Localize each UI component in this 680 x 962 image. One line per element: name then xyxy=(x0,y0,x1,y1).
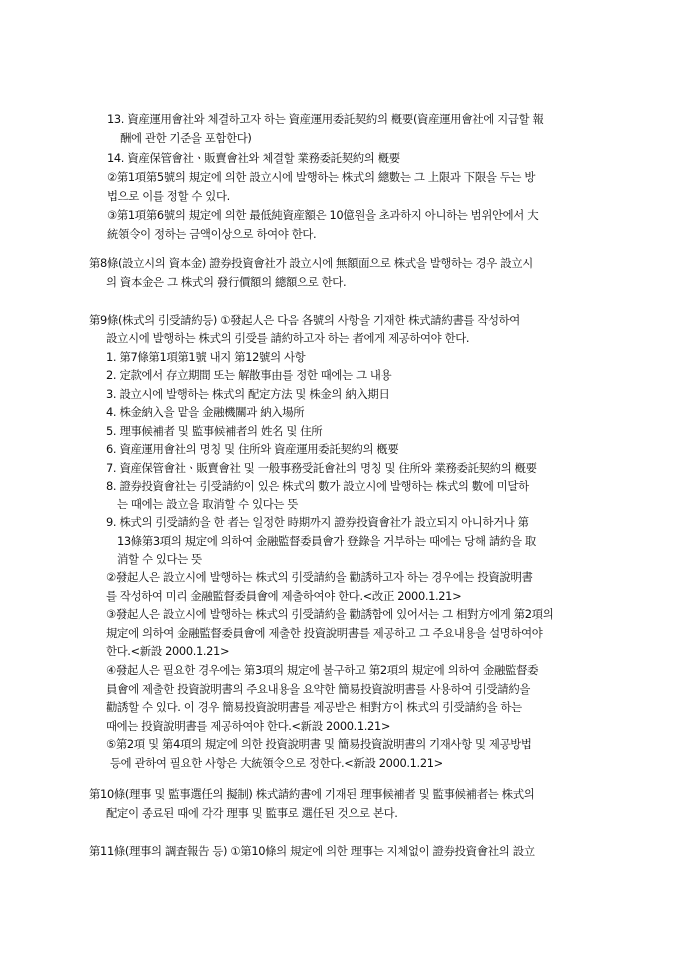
paragraph-3-line-1: ③第1項第6號의 規定에 의한 最低純資産額은 10億원을 초과하지 아니하는 … xyxy=(107,208,538,222)
article-9-item-6: 6. 資産運用會社의 명칭 및 住所와 資産運用委託契約의 槪要 xyxy=(106,442,398,456)
paragraph-2-line-1: ②第1項第5號의 規定에 의한 設立시에 발행하는 株式의 總數는 그 上限과 … xyxy=(107,170,535,184)
article-9-paragraph-4-line-1: ④發起人은 필요한 경우에는 第3項의 規定에 불구하고 第2項의 規定에 의하… xyxy=(106,663,538,677)
article-9-item-8-line-1: 8. 證券投資會社는 引受請約이 있은 株式의 數가 設立시에 발행하는 株式의… xyxy=(106,479,529,493)
article-9-item-9-line-1: 9. 株式의 引受請約을 한 者는 일정한 時期까지 證券投資會社가 設立되지 … xyxy=(106,515,529,529)
article-9-line-2: 設立시에 발행하는 株式의 引受를 請約하고자 하는 者에게 제공하여야 한다. xyxy=(106,331,469,345)
item-13-line-1: 13. 資産運用會社와 체결하고자 하는 資産運用委託契約의 槪要(資産運用會社… xyxy=(107,112,612,126)
article-9-paragraph-2-line-1: ②發起人은 設立시에 발행하는 株式의 引受請約을 勸誘하고자 하는 경우에는 … xyxy=(106,570,533,584)
article-11-heading: 第11條(理事의 調査報告 등) ①第10條의 規定에 의한 理事는 지체없이 … xyxy=(89,844,535,858)
article-8-line-2: 의 資本金은 그 株式의 發行價額의 總額으로 한다. xyxy=(106,275,346,289)
article-9-item-3: 3. 設立시에 발행하는 株式의 配定方法 및 株金의 納入期日 xyxy=(106,387,390,401)
article-9-item-5: 5. 理事候補者 및 監事候補者의 姓名 및 住所 xyxy=(106,424,322,438)
article-9-paragraph-3-line-1: ③發起人은 設立시에 발행하는 株式의 引受請約을 勸誘함에 있어서는 그 相對… xyxy=(106,607,553,621)
article-9-item-7: 7. 資産保管會社ㆍ販賣會社 및 一般事務受託會社의 명칭 및 住所와 業務委託… xyxy=(106,461,537,475)
article-9-paragraph-3-line-2: 規定에 의하여 金融監督委員會에 제출한 投資說明書를 제공하고 그 주요내용을… xyxy=(106,626,542,640)
article-9-paragraph-5-line-1: ⑤第2項 및 第4項의 規定에 의한 投資說明書 및 簡易投資說明書의 기재사항… xyxy=(106,737,532,751)
article-8-heading: 第8條(設立시의 資本金) 證券投資會社가 設立시에 無額面으로 株式을 발행하… xyxy=(89,256,533,270)
article-10-heading: 第10條(理事 및 監事選任의 擬制) 株式請約書에 기재된 理事候補者 및 監… xyxy=(89,787,534,801)
article-9-paragraph-4-line-2: 員會에 제출한 投資說明書의 주요내용을 요약한 簡易投資說明書를 사용하여 引… xyxy=(106,682,530,696)
article-9-heading: 第9條(株式의 引受請約등) ①發起人은 다음 各號의 사항을 기재한 株式請約… xyxy=(89,313,520,327)
paragraph-2-line-2: 법으로 이를 정할 수 있다. xyxy=(107,189,230,203)
document-page: 13. 資産運用會社와 체결하고자 하는 資産運用委託契約의 槪要(資産運用會社… xyxy=(0,0,680,962)
article-9-paragraph-3-line-3: 한다.<新設 2000.1.21> xyxy=(106,644,229,658)
article-9-paragraph-2-line-2: 를 작성하여 미리 金融監督委員會에 제출하여야 한다.<改正 2000.1.2… xyxy=(106,589,461,603)
article-9-item-9-line-3: 消할 수 있다는 뜻 xyxy=(117,552,202,566)
article-9-item-4: 4. 株金納入을 맡을 金融機關과 納入場所 xyxy=(106,405,304,419)
article-9-paragraph-4-line-4: 때에는 投資說明書를 제공하여야 한다.<新設 2000.1.21> xyxy=(106,719,390,733)
article-9-item-8-line-2: 는 때에는 設立을 取消할 수 있다는 뜻 xyxy=(117,497,298,511)
article-9-paragraph-4-line-3: 勸誘할 수 있다. 이 경우 簡易投資說明書를 제공받은 相對方이 株式의 引受… xyxy=(106,700,522,714)
paragraph-3-line-2: 統領令이 정하는 금액이상으로 하여야 한다. xyxy=(107,227,316,241)
article-9-paragraph-5-line-2: 등에 관하여 필요한 사항은 大統領令으로 정한다.<新設 2000.1.21> xyxy=(110,756,443,770)
item-13-line-2: 酬에 관한 기준을 포함한다) xyxy=(120,131,251,145)
article-9-item-2: 2. 定款에서 存立期間 또는 解散事由를 정한 때에는 그 내용 xyxy=(106,368,391,382)
article-9-item-9-line-2: 13條第3項의 規定에 의하여 金融監督委員會가 登錄을 거부하는 때에는 당해… xyxy=(117,534,536,548)
item-14: 14. 資産保管會社ㆍ販賣會社와 체결할 業務委託契約의 槪要 xyxy=(107,151,400,165)
article-10-line-2: 配定이 종료된 때에 각각 理事 및 監事로 選任된 것으로 본다. xyxy=(106,806,398,820)
article-9-item-1: 1. 第7條第1項第1號 내지 第12號의 사항 xyxy=(106,350,305,364)
